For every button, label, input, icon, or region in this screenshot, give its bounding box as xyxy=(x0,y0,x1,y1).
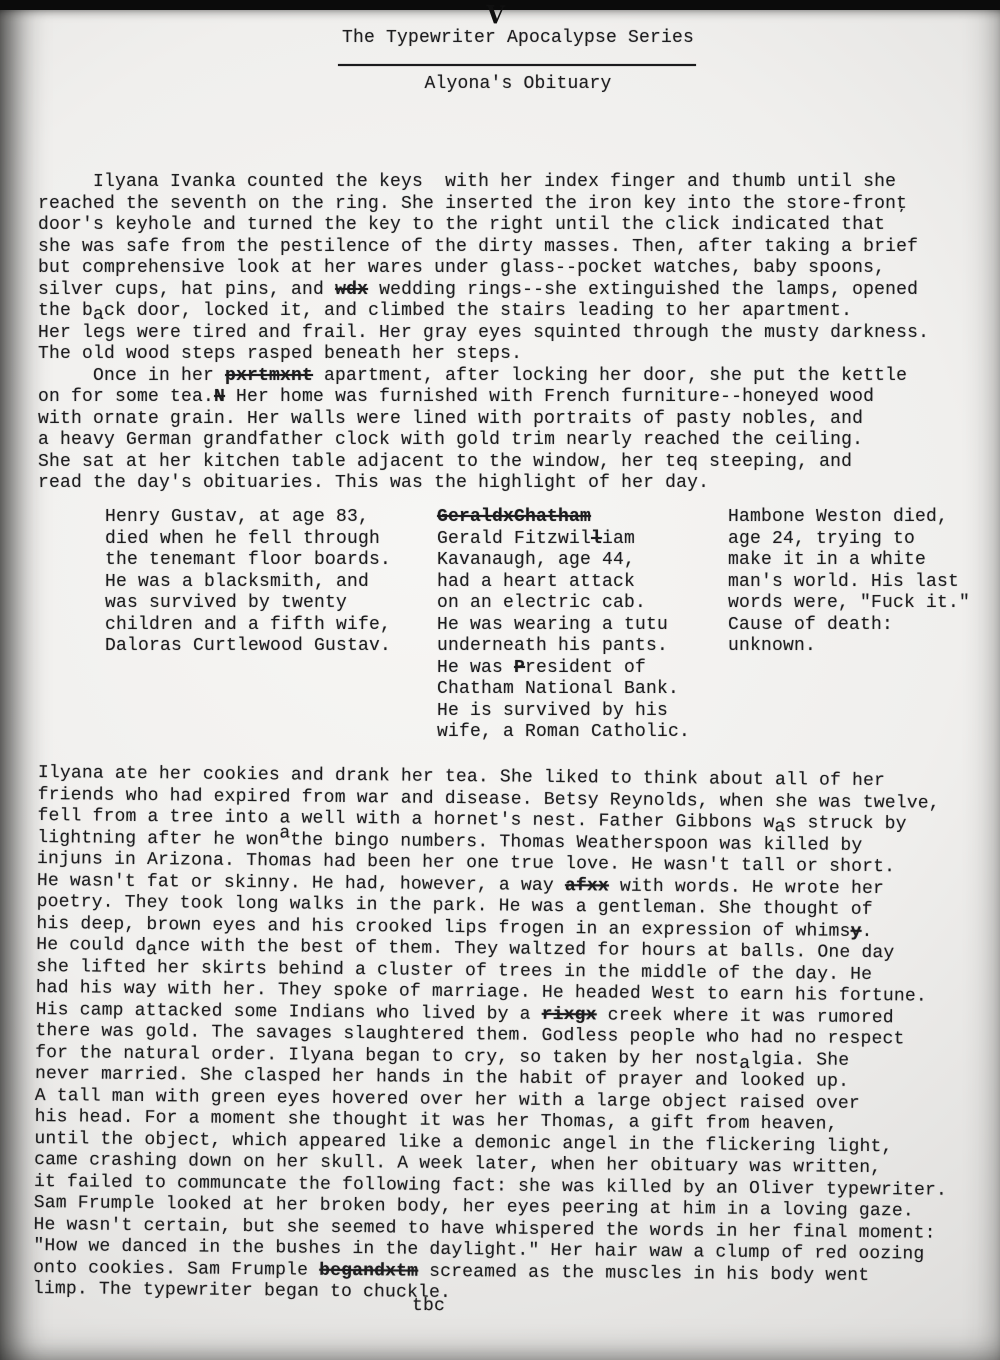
text-line: Ilyana Ivanka counted the keys with her … xyxy=(38,172,929,194)
overstruck-text: N xyxy=(214,387,225,407)
text-line: she was safe from the pestilence of the … xyxy=(38,237,929,259)
obituary-column-1: Henry Gustav, at age 83,died when he fel… xyxy=(105,507,391,658)
closing-paragraph: Ilyana ate her cookies and drank her tea… xyxy=(33,763,951,1309)
text-line: Once in her pxrtmxnt apartment, after lo… xyxy=(38,366,929,388)
overstruck-text: rixgx xyxy=(542,1004,597,1025)
text-line: Her legs were tired and frail. Her gray … xyxy=(38,323,929,345)
text-line: the tenemant floor boards. xyxy=(105,550,391,572)
typewritten-page-photo: V The Typewriter Apocalypse Series Alyon… xyxy=(0,0,1000,1360)
text-line: He was wearing a tutu xyxy=(437,615,690,637)
overstruck-text: begandxtm xyxy=(319,1260,418,1281)
text-line: words were, "Fuck it." xyxy=(728,593,970,615)
text-line: GeraldxChatham xyxy=(437,507,690,529)
opening-paragraphs: Ilyana Ivanka counted the keys with her … xyxy=(38,172,929,495)
text-line: Daloras Curtlewood Gustav. xyxy=(105,636,391,658)
text-line: but comprehensive look at her wares unde… xyxy=(38,258,929,280)
text-line: Gerald Fitzwilliam xyxy=(437,529,690,551)
text-line: He was a blacksmith, and xyxy=(105,572,391,594)
overstruck-text: P xyxy=(514,658,525,678)
series-title: The Typewriter Apocalypse Series xyxy=(340,28,696,50)
text-line: on for some tea.N Her home was furnished… xyxy=(38,387,929,409)
dropped-char: a xyxy=(93,305,104,325)
text-line: Kavanaugh, age 44, xyxy=(437,550,690,572)
text-line: He is survived by his xyxy=(437,701,690,723)
text-line: was survived by twenty xyxy=(105,593,391,615)
text-line: door's keyhole and turned the key to the… xyxy=(38,215,929,237)
text-line: unknown. xyxy=(728,636,970,658)
text-line: The old wood steps rasped beneath her st… xyxy=(38,344,929,366)
text-line: silver cups, hat pins, and wdx wedding r… xyxy=(38,280,929,302)
story-title: Alyona's Obituary xyxy=(340,74,696,96)
text-line: He was President of xyxy=(437,658,690,680)
overstruck-text: wdx xyxy=(335,280,368,300)
overstruck-text: pxrtmxnt xyxy=(225,366,313,386)
text-line: man's world. His last xyxy=(728,572,970,594)
text-line: read the day's obituaries. This was the … xyxy=(38,473,929,495)
dropped-char: a xyxy=(774,817,785,837)
overstruck-text: GeraldxChatham xyxy=(437,507,591,527)
text-line: on an electric cab. xyxy=(437,593,690,615)
text-line: age 24, trying to xyxy=(728,529,970,551)
raised-char: a xyxy=(279,823,290,843)
dropped-char: a xyxy=(146,940,157,960)
text-line: make it in a white xyxy=(728,550,970,572)
text-line: Hambone Weston died, xyxy=(728,507,970,529)
obituary-column-3: Hambone Weston died,age 24, trying tomak… xyxy=(728,507,970,658)
tbc-marker: tbc xyxy=(412,1296,445,1318)
overstruck-text: l xyxy=(591,529,602,549)
text-line: the back door, locked it, and climbed th… xyxy=(38,301,929,323)
text-line: had a heart attack xyxy=(437,572,690,594)
text-line: a heavy German grandfather clock with go… xyxy=(38,430,929,452)
text-line: died when he fell through xyxy=(105,529,391,551)
text-line: reached the seventh on the ring. She ins… xyxy=(38,194,929,216)
text-line: Henry Gustav, at age 83, xyxy=(105,507,391,529)
text-line: Chatham National Bank. xyxy=(437,679,690,701)
overstruck-text: y xyxy=(850,921,861,941)
obituary-column-2: GeraldxChathamGerald FitzwilliamKavanaug… xyxy=(437,507,690,744)
text-line: She sat at her kitchen table adjacent to… xyxy=(38,452,929,474)
text-line: wife, a Roman Catholic. xyxy=(437,722,690,744)
handwritten-v-mark: V xyxy=(485,0,505,30)
title-underline xyxy=(338,64,696,66)
text-line: children and a fifth wife, xyxy=(105,615,391,637)
overstruck-text: afxx xyxy=(565,876,609,896)
text-line: with ornate grain. Her walls were lined … xyxy=(38,409,929,431)
dropped-char: a xyxy=(739,1053,750,1073)
text-line: Cause of death: xyxy=(728,615,970,637)
text-line: underneath his pants. xyxy=(437,636,690,658)
